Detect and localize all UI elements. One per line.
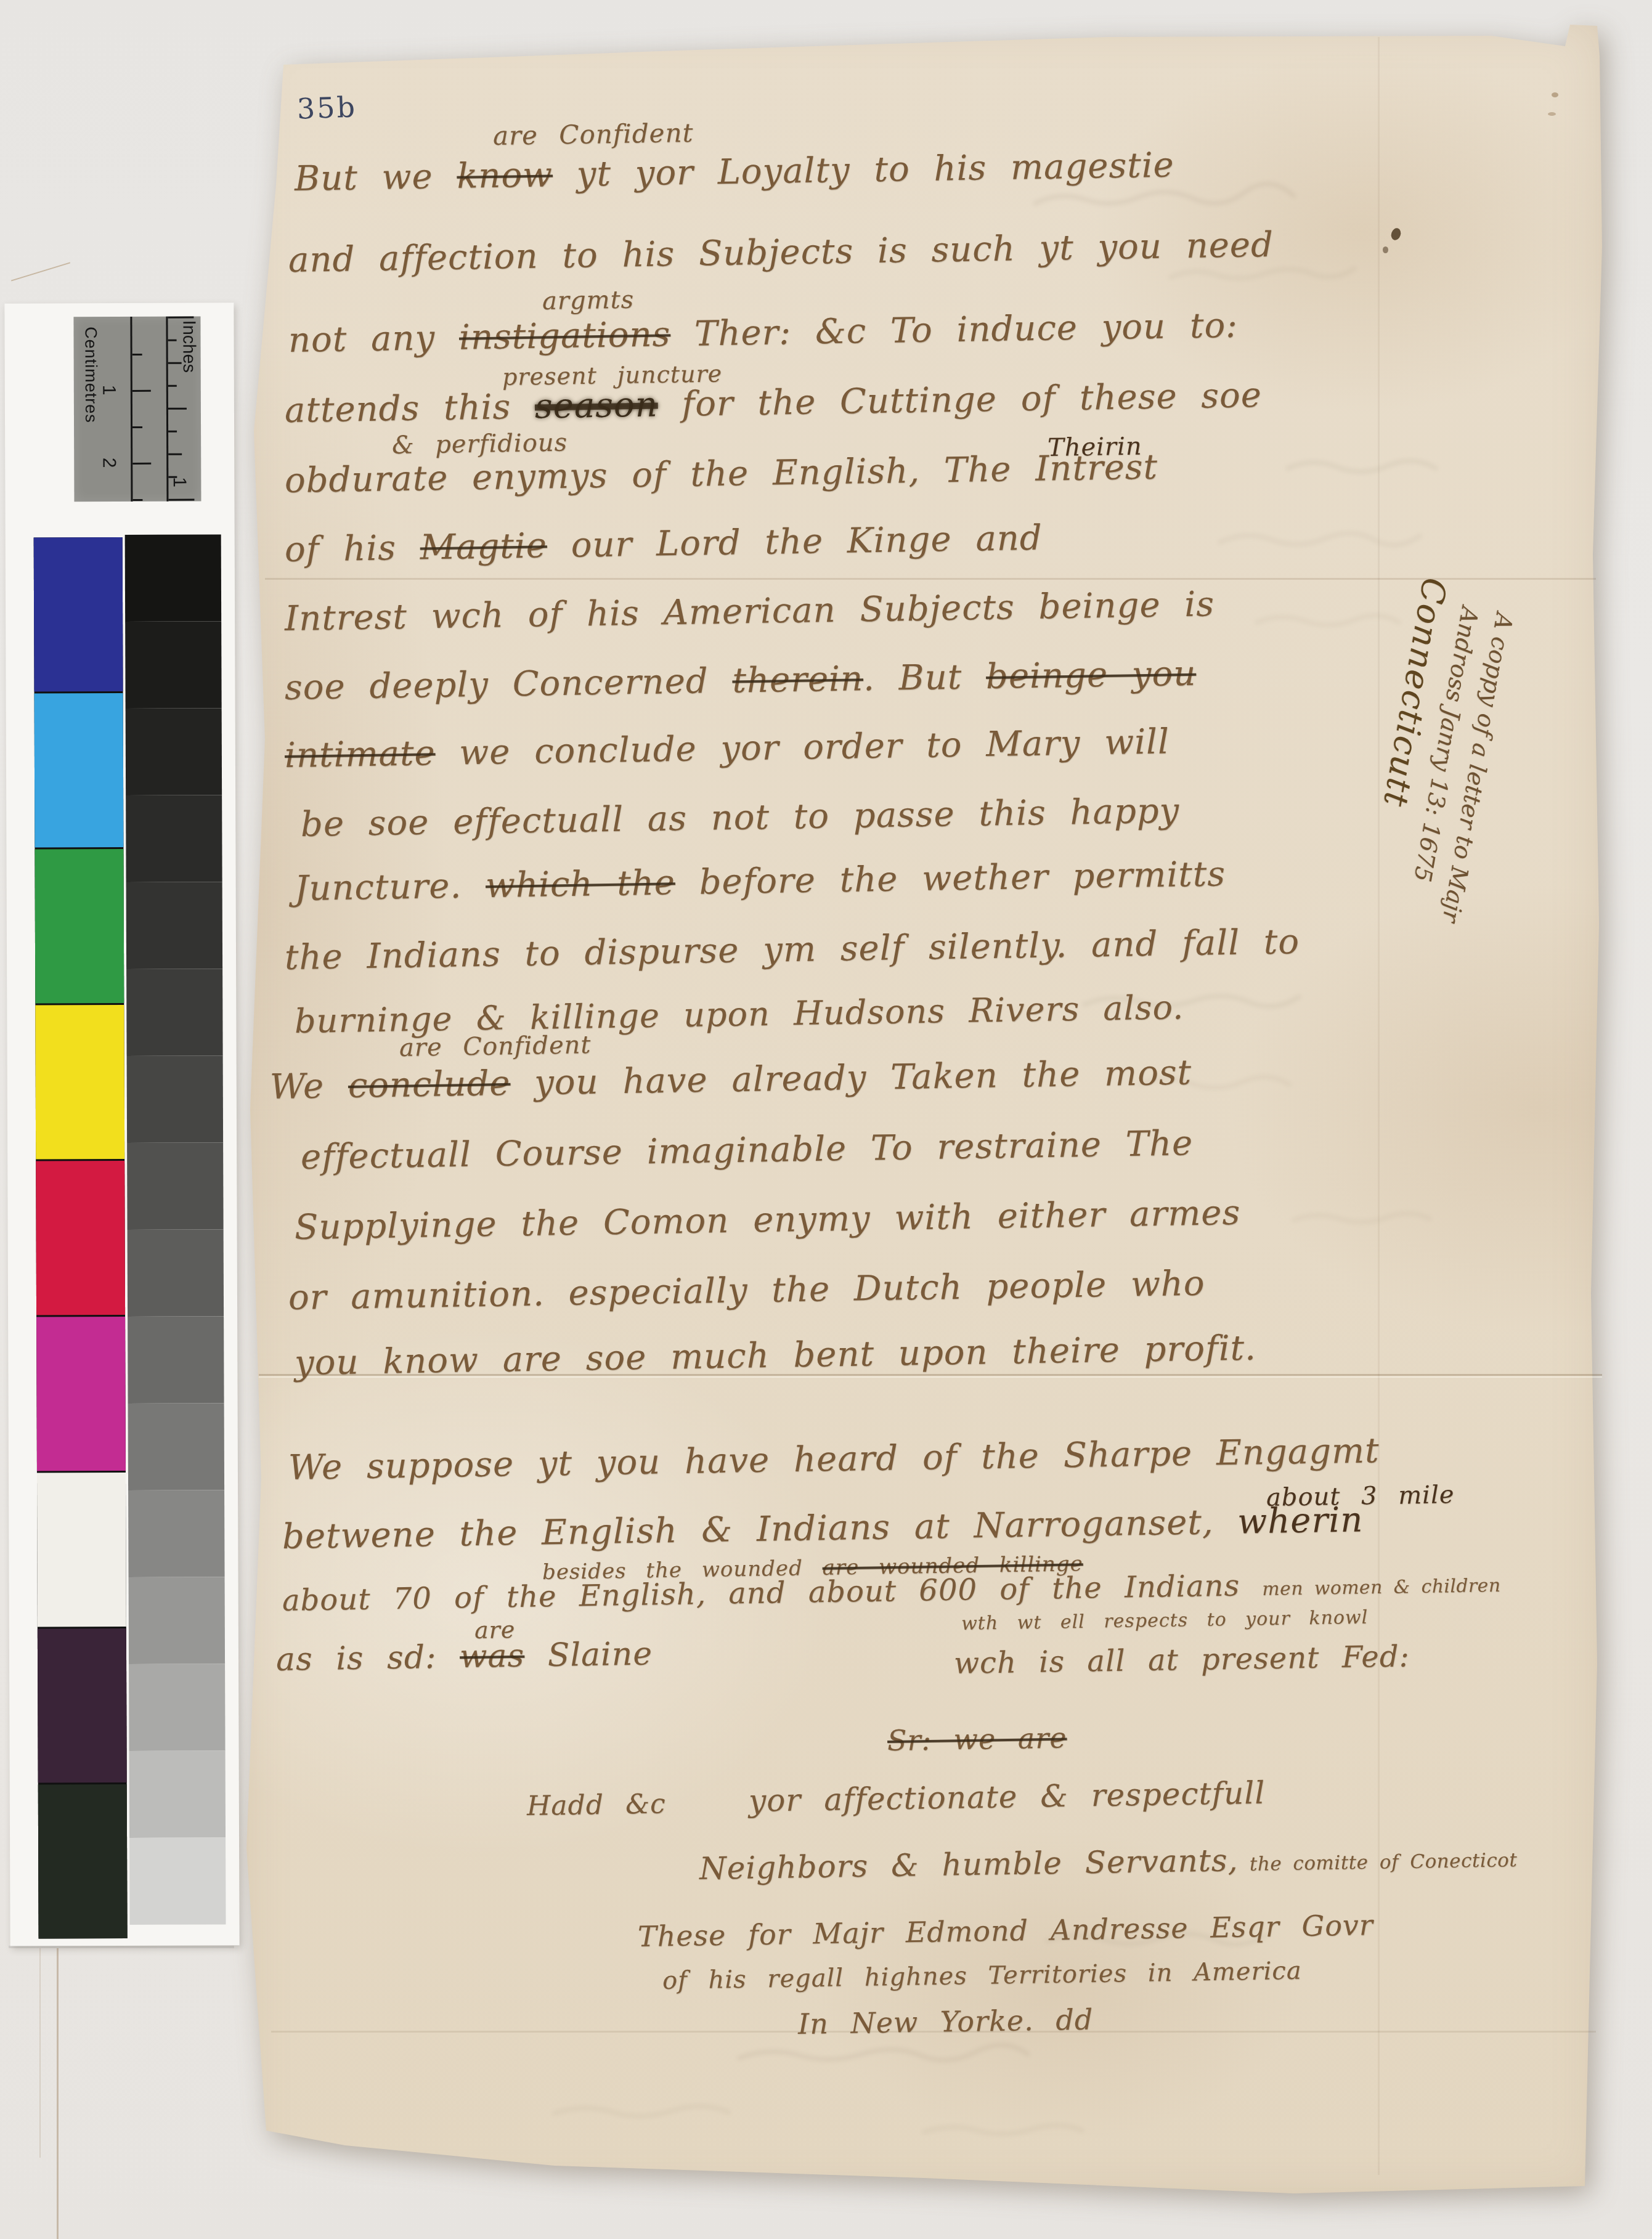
cm-tick xyxy=(132,390,151,392)
manuscript-text-run: Slaine xyxy=(524,1635,653,1674)
manuscript-text-run: for the Cuttinge of these soe xyxy=(657,375,1262,425)
manuscript-text-run: are Confident xyxy=(493,118,694,151)
grayscale-step xyxy=(126,969,222,1056)
manuscript-line: you know are soe much bent upon theire p… xyxy=(294,1328,1256,1383)
manuscript-line: or amunition. especially the Dutch peopl… xyxy=(288,1264,1205,1318)
grayscale-step xyxy=(128,1316,224,1404)
cm-tick xyxy=(132,354,142,356)
manuscript-line: Hadd &c xyxy=(527,1788,667,1822)
manuscript-line: are Confident xyxy=(493,118,694,151)
manuscript-line: and affection to his Subjects is such yt… xyxy=(288,225,1274,280)
grayscale-step xyxy=(129,1664,225,1751)
manuscript-text-run: the Indians to dispurse ym self silently… xyxy=(284,922,1300,978)
manuscript-text-run: you have already Taken the most xyxy=(510,1053,1192,1103)
manuscript-text-run: We xyxy=(269,1066,348,1107)
manuscript-text-run: But we xyxy=(294,156,457,199)
manuscript-text-run: not any xyxy=(288,318,459,360)
manuscript-text-run: season xyxy=(534,384,658,426)
manuscript-text-run: & perfidious xyxy=(392,429,568,460)
inch-tick xyxy=(168,339,177,341)
grayscale-step xyxy=(129,1577,225,1664)
manuscript-text-run: and affection to his Subjects is such yt… xyxy=(288,225,1274,280)
grayscale-step xyxy=(127,1142,223,1230)
manuscript-text-run: Hadd &c xyxy=(527,1788,667,1822)
centimetres-label: Centimetres xyxy=(81,327,100,423)
manuscript-text-run: Magtie xyxy=(420,526,547,567)
manuscript-line: burninge & killinge upon Hudsons Rivers … xyxy=(295,988,1184,1041)
grayscale-step xyxy=(126,882,222,969)
manuscript-line: the Indians to dispurse ym self silently… xyxy=(284,922,1300,978)
manuscript-text-run: These for Majr Edmond Andresse Esqr Govr xyxy=(638,1908,1374,1953)
grayscale-step xyxy=(126,708,222,795)
cm-tick xyxy=(132,463,151,465)
manuscript-text-run: argmts xyxy=(542,286,635,315)
inch-tick xyxy=(168,317,193,319)
manuscript-text-run: attends this xyxy=(284,387,535,431)
color-patch-green xyxy=(35,849,124,1004)
inch-number-1: 1 xyxy=(169,477,190,487)
manuscript-line: of his Magtie our Lord the Kinge and xyxy=(284,518,1043,570)
grayscale-step xyxy=(129,1837,226,1925)
manuscript-text-run: beinge you xyxy=(986,654,1197,697)
manuscript-line: soe deeply Concerned therein. But beinge… xyxy=(284,654,1196,708)
manuscript-text-run: Juncture. xyxy=(294,866,486,909)
manuscript-line: attends this season for the Cuttinge of … xyxy=(284,375,1262,431)
inch-tick xyxy=(168,385,177,387)
manuscript-text-run: Supplyinge the Comon enymy with either a… xyxy=(294,1193,1240,1248)
calibration-card: Centimetres 1 2 1 Inches xyxy=(4,303,239,1946)
manuscript-text-run: instigations xyxy=(458,314,670,357)
manuscript-text-run: wherin xyxy=(1237,1500,1364,1542)
manuscript-text-run: therein xyxy=(732,659,864,701)
manuscript-text-run: which the xyxy=(485,863,675,906)
manuscript-line: are Confident xyxy=(399,1031,592,1062)
cm-tick xyxy=(132,499,142,501)
card-shadow xyxy=(9,1946,234,1948)
inch-tick xyxy=(168,431,177,433)
manuscript-text-layer: are ConfidentBut we know yt yor Loyalty … xyxy=(0,0,1652,2239)
grayscale-step xyxy=(128,1490,224,1577)
manuscript-text-run: or amunition. especially the Dutch peopl… xyxy=(288,1264,1205,1318)
manuscript-line: We suppose yt you have heard of the Shar… xyxy=(288,1431,1380,1488)
manuscript-line: Intrest wch of his American Subjects bei… xyxy=(284,584,1215,639)
manuscript-line: Juncture. which the before the wether pe… xyxy=(294,854,1226,909)
grayscale-step xyxy=(127,1055,223,1143)
scan-photo: 35b are ConfidentBut we know yt yor Loya… xyxy=(0,0,1652,2239)
manuscript-line: yor affectionate & respectfull xyxy=(749,1775,1266,1819)
manuscript-line: be soe effectuall as not to passe this h… xyxy=(300,791,1179,845)
manuscript-text-run: was xyxy=(460,1638,525,1676)
color-patch-red xyxy=(36,1161,125,1315)
manuscript-text-run: as is sd: xyxy=(276,1638,460,1678)
cm-tick xyxy=(132,426,142,428)
backing-sheet-edge xyxy=(39,1948,41,2158)
manuscript-line: as is sd: was Slaine xyxy=(276,1635,653,1678)
grayscale-step xyxy=(128,1229,224,1317)
manuscript-text-run: effectuall Course imaginable To restrain… xyxy=(300,1123,1193,1177)
grayscale-column xyxy=(125,534,226,1925)
backing-sheet-edge xyxy=(57,1948,59,2239)
manuscript-text-run: wth wt ell respects to your knowl xyxy=(961,1607,1369,1635)
grayscale-step xyxy=(125,534,221,622)
inch-tick xyxy=(168,453,182,455)
inch-tick xyxy=(168,476,177,478)
manuscript-line: wch is all at present Fed: xyxy=(954,1639,1410,1681)
manuscript-text-run: Sr: we are xyxy=(887,1721,1067,1757)
manuscript-line: & perfidious xyxy=(392,429,568,460)
color-patch-column xyxy=(34,537,128,1938)
manuscript-text-run: soe deeply Concerned xyxy=(284,661,732,708)
manuscript-line: not any instigations Ther: &c To induce … xyxy=(288,306,1238,360)
manuscript-text-run: yor affectionate & respectfull xyxy=(749,1775,1266,1819)
manuscript-line: betwene the English & Indians at Narroga… xyxy=(282,1500,1363,1557)
manuscript-line: effectuall Course imaginable To restrain… xyxy=(300,1123,1193,1177)
manuscript-text-run: are Confident xyxy=(399,1031,592,1062)
manuscript-text-run: we conclude yor order to Mary will xyxy=(435,721,1170,773)
cm-number-1: 1 xyxy=(98,385,119,396)
manuscript-text-run: you know are soe much bent upon theire p… xyxy=(294,1328,1256,1383)
grayscale-step xyxy=(128,1403,224,1490)
grayscale-step xyxy=(129,1750,226,1838)
manuscript-text-run: be soe effectuall as not to passe this h… xyxy=(300,791,1179,845)
manuscript-text-run: wch is all at present Fed: xyxy=(954,1639,1410,1681)
manuscript-text-run: We suppose yt you have heard of the Shar… xyxy=(288,1431,1380,1488)
manuscript-text-run: burninge & killinge upon Hudsons Rivers … xyxy=(295,988,1184,1041)
grayscale-step xyxy=(125,621,221,709)
inch-tick xyxy=(168,408,187,410)
ruler-card: Centimetres 1 2 1 Inches xyxy=(73,317,201,502)
manuscript-line: Sr: we are xyxy=(887,1721,1067,1757)
grayscale-step xyxy=(126,795,222,882)
inches-label: Inches xyxy=(178,320,198,373)
manuscript-line: These for Majr Edmond Andresse Esqr Govr xyxy=(638,1908,1374,1953)
manuscript-text-run: before the wether permitts xyxy=(675,854,1226,903)
manuscript-text-run: . But xyxy=(863,657,986,699)
color-patch-dark-blue xyxy=(34,537,123,692)
manuscript-text-run: of his regall highnes Territories in Ame… xyxy=(662,1957,1302,1995)
manuscript-text-run: betwene the English & Indians at Narroga… xyxy=(282,1502,1237,1557)
manuscript-text-run: Ther: &c To induce you to: xyxy=(670,306,1239,354)
manuscript-line: intimate we conclude yor order to Mary w… xyxy=(284,721,1170,776)
manuscript-line: of his regall highnes Territories in Ame… xyxy=(662,1957,1302,1995)
color-patch-cyan xyxy=(35,693,124,848)
color-patch-black-green xyxy=(38,1784,128,1939)
manuscript-line: Supplyinge the Comon enymy with either a… xyxy=(294,1193,1240,1248)
color-patch-aubergine xyxy=(38,1628,127,1783)
manuscript-text-run: the comitte of Conecticot xyxy=(1238,1849,1517,1875)
color-patch-magenta xyxy=(36,1317,126,1471)
manuscript-line: But we know yt yor Loyalty to his magest… xyxy=(294,145,1174,199)
color-patch-yellow xyxy=(35,1005,124,1160)
inch-scale: 1 xyxy=(166,317,168,502)
manuscript-text-run: conclude xyxy=(348,1063,510,1106)
manuscript-line: Neighbors & humble Servants, the comitte… xyxy=(699,1838,1518,1887)
manuscript-text-run: Intrest wch of his American Subjects bei… xyxy=(284,584,1215,639)
manuscript-text-run: Neighbors & humble Servants, xyxy=(699,1842,1239,1887)
manuscript-text-run: yt yor Loyalty to his magestie xyxy=(553,145,1175,195)
manuscript-text-run: intimate xyxy=(284,733,436,776)
manuscript-text-run: know xyxy=(457,155,553,196)
cm-scale: 1 2 xyxy=(130,317,132,502)
manuscript-line: wth wt ell respects to your knowl xyxy=(961,1607,1369,1635)
manuscript-line: argmts xyxy=(542,286,635,315)
manuscript-text-run: men women & children xyxy=(1262,1575,1501,1600)
manuscript-text-run: our Lord the Kinge and xyxy=(547,518,1043,566)
manuscript-text-run: In New Yorke. dd xyxy=(798,2002,1094,2041)
color-patch-white xyxy=(37,1473,126,1627)
manuscript-line: In New Yorke. dd xyxy=(798,2002,1094,2041)
inch-tick xyxy=(168,499,194,501)
manuscript-text-run: of his xyxy=(284,528,420,570)
cm-number-2: 2 xyxy=(99,458,120,468)
